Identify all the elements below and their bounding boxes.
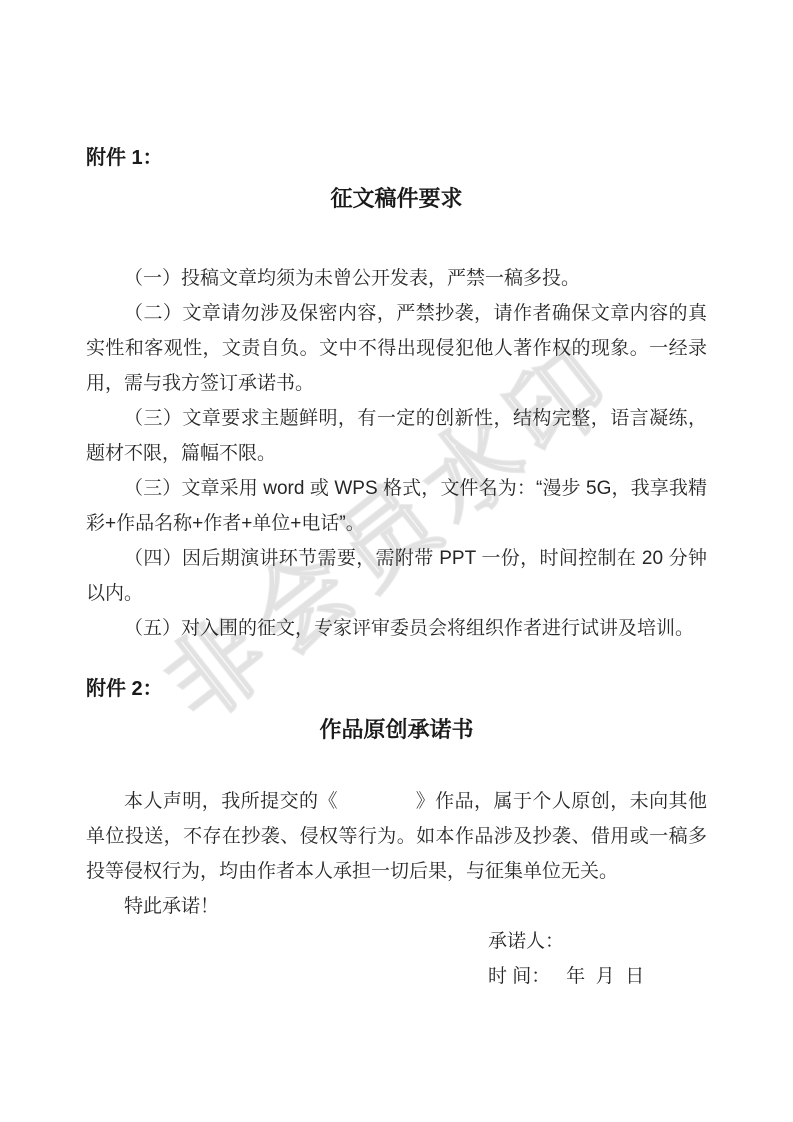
signature-promisor-line: 承诺人： xyxy=(488,924,707,959)
attachment2-title: 作品原创承诺书 xyxy=(86,714,707,746)
attachment1-label: 附件 1： xyxy=(86,143,707,173)
paragraph-item3: （三）文章要求主题鲜明，有一定的创新性，结构完整，语言凝练，题材不限，篇幅不限。 xyxy=(86,401,707,471)
paragraph-item1: （一）投稿文章均须为未曾公开发表，严禁一稿多投。 xyxy=(86,261,707,296)
paragraph-item2: （二）文章请勿涉及保密内容，严禁抄袭，请作者确保文章内容的真实性和客观性，文责自… xyxy=(86,296,707,401)
declaration-paragraph: 本人声明，我所提交的《 》作品，属于个人原创，未向其他单位投送，不存在抄袭、侵权… xyxy=(86,784,707,889)
attachment2-body: 本人声明，我所提交的《 》作品，属于个人原创，未向其他单位投送，不存在抄袭、侵权… xyxy=(86,784,707,924)
attachment1-title: 征文稿件要求 xyxy=(86,183,707,215)
page-content: 附件 1： 征文稿件要求 （一）投稿文章均须为未曾公开发表，严禁一稿多投。 （二… xyxy=(86,143,707,994)
signature-block: 承诺人： 时 间： 年 月 日 xyxy=(86,924,707,994)
promise-line: 特此承诺！ xyxy=(86,889,707,924)
signature-date-line: 时 间： 年 月 日 xyxy=(488,959,707,994)
attachment1-section: 附件 1： 征文稿件要求 （一）投稿文章均须为未曾公开发表，严禁一稿多投。 （二… xyxy=(86,143,707,646)
document-page: 非会员水印 附件 1： 征文稿件要求 （一）投稿文章均须为未曾公开发表，严禁一稿… xyxy=(0,0,793,1122)
attachment1-body: （一）投稿文章均须为未曾公开发表，严禁一稿多投。 （二）文章请勿涉及保密内容，严… xyxy=(86,261,707,646)
attachment2-section: 附件 2： 作品原创承诺书 本人声明，我所提交的《 》作品，属于个人原创，未向其… xyxy=(86,674,707,994)
paragraph-item5: （五）对入围的征文，专家评审委员会将组织作者进行试讲及培训。 xyxy=(86,611,707,646)
paragraph-item3b: （三）文章采用 word 或 WPS 格式，文件名为：“漫步 5G，我享我精彩+… xyxy=(86,471,707,541)
attachment2-label: 附件 2： xyxy=(86,674,707,704)
paragraph-item4: （四）因后期演讲环节需要，需附带 PPT 一份，时间控制在 20 分钟以内。 xyxy=(86,541,707,611)
